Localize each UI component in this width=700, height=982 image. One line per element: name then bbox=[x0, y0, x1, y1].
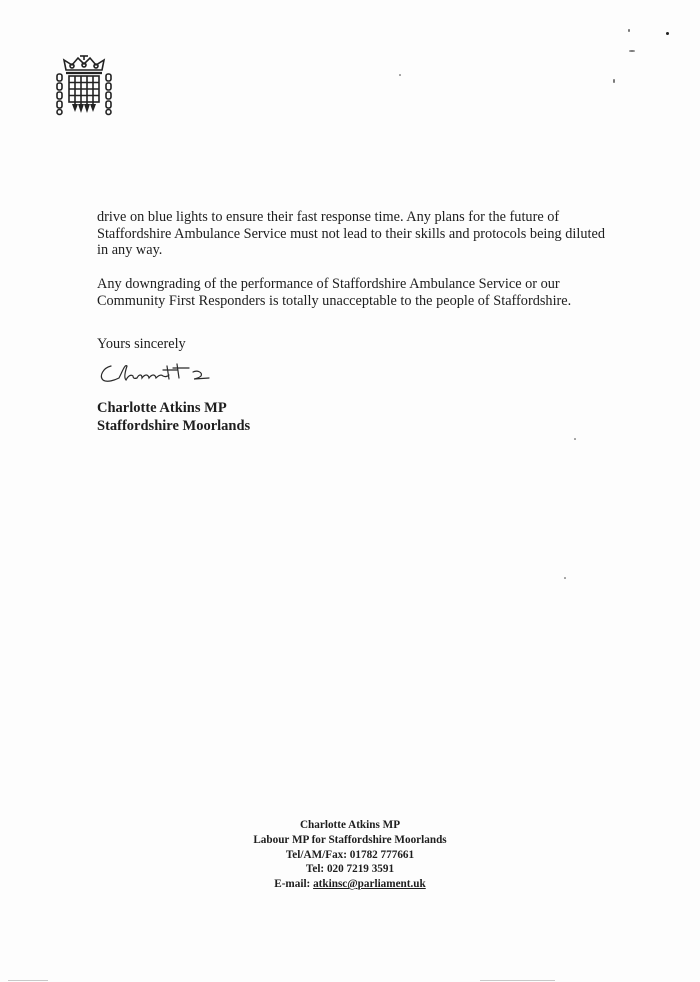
footer-name: Charlotte Atkins MP bbox=[200, 818, 500, 833]
footer-tel: Tel: 020 7219 3591 bbox=[200, 862, 500, 877]
signer-constituency: Staffordshire Moorlands bbox=[97, 417, 250, 435]
scan-speck bbox=[628, 29, 630, 32]
signer-block: Charlotte Atkins MP Staffordshire Moorla… bbox=[97, 399, 250, 435]
letter-paragraph: drive on blue lights to ensure their fas… bbox=[97, 209, 617, 259]
scan-speck bbox=[629, 50, 635, 52]
handwritten-signature-icon bbox=[97, 358, 232, 388]
scan-speck bbox=[399, 74, 401, 76]
scan-speck bbox=[666, 32, 669, 35]
footer-tel-am-fax: Tel/AM/Fax: 01782 777661 bbox=[200, 848, 500, 863]
scan-edge-line bbox=[8, 980, 48, 981]
signer-name: Charlotte Atkins MP bbox=[97, 399, 250, 417]
footer-email-line: E-mail: atkinsc@parliament.uk bbox=[200, 877, 500, 892]
footer-email-label: E-mail: bbox=[274, 878, 313, 890]
letter-closing: Yours sincerely bbox=[97, 336, 617, 353]
scan-speck bbox=[564, 577, 566, 579]
letter-footer: Charlotte Atkins MP Labour MP for Staffo… bbox=[200, 818, 500, 892]
footer-email-link[interactable]: atkinsc@parliament.uk bbox=[313, 878, 426, 890]
scan-edge-line bbox=[480, 980, 555, 981]
footer-title: Labour MP for Staffordshire Moorlands bbox=[200, 833, 500, 848]
scan-speck bbox=[613, 79, 615, 83]
portcullis-crest-icon bbox=[52, 52, 116, 116]
scan-speck bbox=[574, 438, 576, 440]
letter-paragraph: Any downgrading of the performance of St… bbox=[97, 276, 617, 309]
